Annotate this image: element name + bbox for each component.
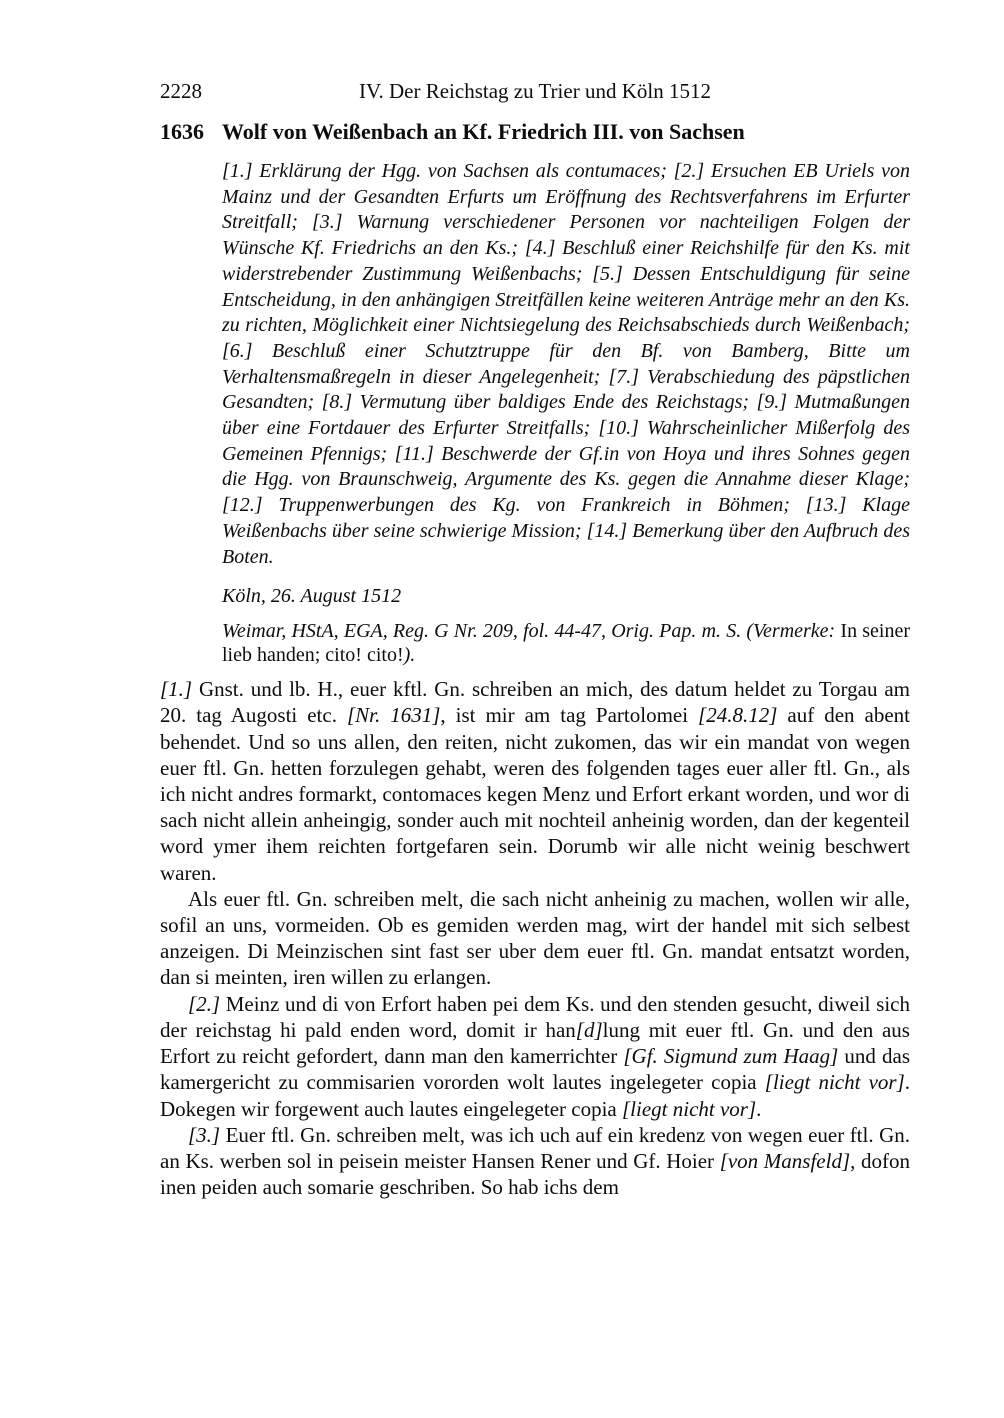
- document-title: Wolf von Weißenbach an Kf. Friedrich III…: [222, 118, 910, 146]
- text-run: .: [756, 1097, 761, 1121]
- text-run: Weimar, HStA, EGA, Reg. G Nr. 209, fol. …: [222, 620, 840, 642]
- text-run: [liegt nicht vor]: [622, 1097, 756, 1121]
- dateline: Köln, 26. August 1512: [222, 584, 910, 609]
- text-run: [d]: [576, 1018, 603, 1042]
- archive-reference: Weimar, HStA, EGA, Reg. G Nr. 209, fol. …: [222, 619, 910, 667]
- document-summary: [1.] Erklärung der Hgg. von Sachsen als …: [222, 159, 910, 570]
- page-header: 2228 IV. Der Reichstag zu Trier und Köln…: [160, 78, 910, 104]
- text-run: [liegt nicht vor]: [765, 1070, 905, 1094]
- text-run: , ist mir am tag Partolomei: [440, 703, 698, 727]
- page-number: 2228: [160, 78, 202, 104]
- text-run: [3.]: [188, 1123, 226, 1147]
- text-run: [1.]: [160, 677, 199, 701]
- text-run: Als euer ftl. Gn. schreiben melt, die sa…: [160, 887, 910, 990]
- document-heading: 1636 Wolf von Weißenbach an Kf. Friedric…: [160, 118, 910, 146]
- body-paragraph-2: Als euer ftl. Gn. schreiben melt, die sa…: [160, 886, 910, 991]
- text-run: [Gf. Sigmund zum Haag]: [623, 1044, 838, 1068]
- text-run: [24.8.12]: [698, 703, 777, 727]
- text-run: auf den abent behendet. Und so uns allen…: [160, 703, 910, 884]
- body-paragraph-4: [3.] Euer ftl. Gn. schreiben melt, was i…: [160, 1122, 910, 1201]
- body-paragraph-1: [1.] Gnst. und lb. H., euer kftl. Gn. sc…: [160, 676, 910, 886]
- text-run: ).: [404, 644, 416, 666]
- body-paragraph-3: [2.] Meinz und di von Erfort haben pei d…: [160, 991, 910, 1122]
- document-number: 1636: [160, 118, 222, 146]
- running-title: IV. Der Reichstag zu Trier und Köln 1512: [160, 78, 910, 104]
- book-page: 2228 IV. Der Reichstag zu Trier und Köln…: [0, 0, 1004, 1418]
- text-run: [von Mansfeld]: [720, 1149, 850, 1173]
- text-run: [2.]: [188, 992, 226, 1016]
- regest-block: [1.] Erklärung der Hgg. von Sachsen als …: [222, 159, 910, 667]
- document-body: [1.] Gnst. und lb. H., euer kftl. Gn. sc…: [160, 676, 910, 1200]
- text-run: [Nr. 1631]: [347, 703, 440, 727]
